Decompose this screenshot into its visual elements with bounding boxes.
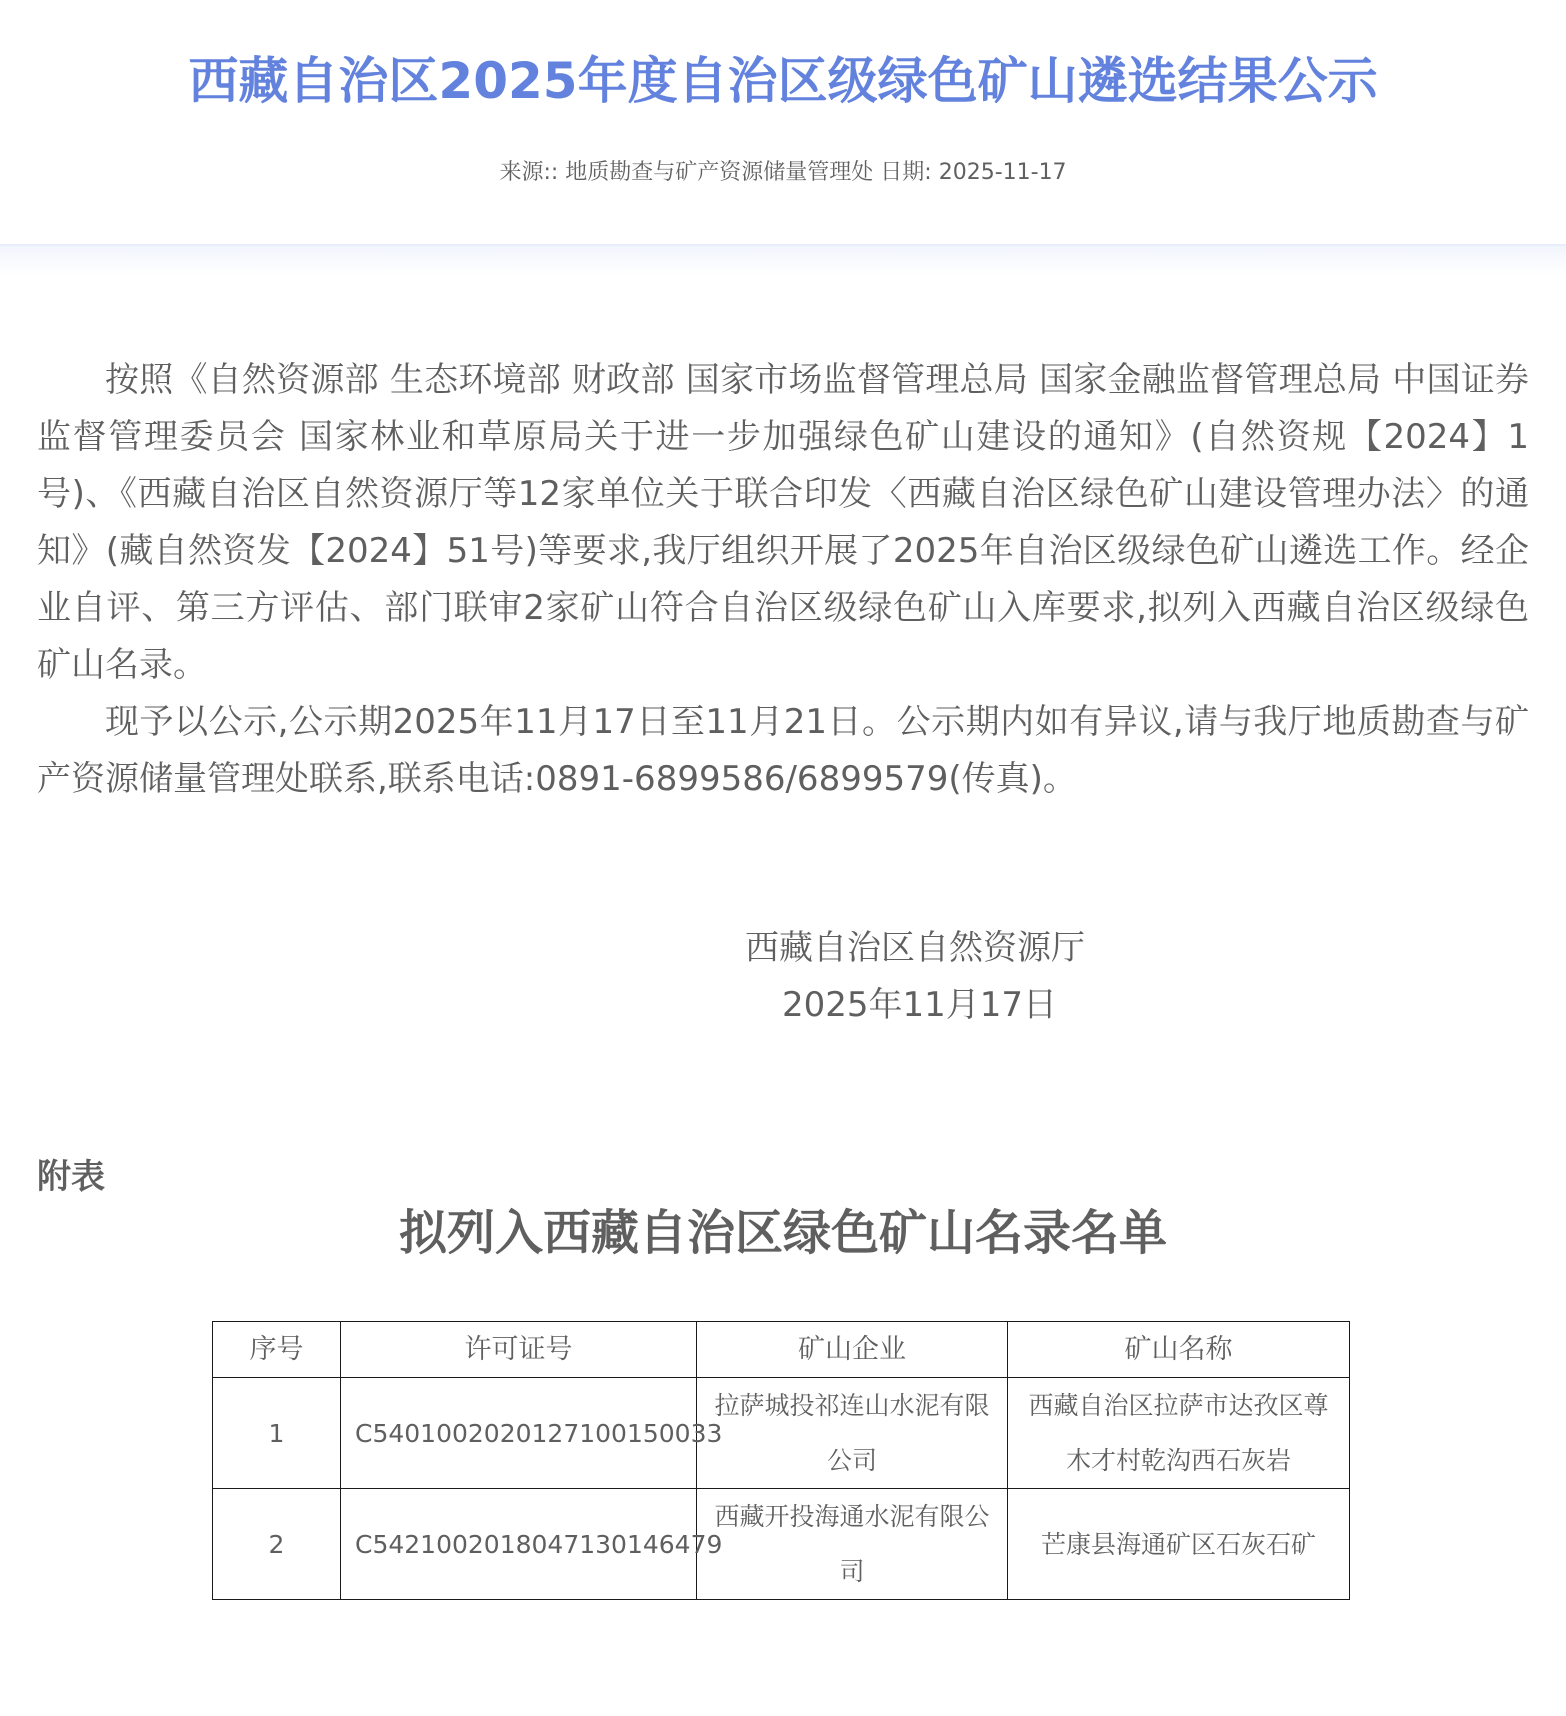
row-mine: 芒康县海通矿区石灰石矿 bbox=[1008, 1489, 1350, 1600]
row-company: 西藏开投海通水泥有限公司 bbox=[697, 1489, 1008, 1600]
row-index: 2 bbox=[213, 1489, 341, 1600]
row-permit: C5401002020127100150033 bbox=[341, 1378, 697, 1489]
signature-organization: 西藏自治区自然资源厅 bbox=[745, 920, 1085, 977]
date-label: 日期: bbox=[880, 160, 931, 185]
article-body: 按照《自然资源部 生态环境部 财政部 国家市场监督管理总局 国家金融监督管理总局… bbox=[37, 352, 1529, 808]
column-header-mine: 矿山名称 bbox=[1008, 1322, 1350, 1378]
table-row: 2 C5421002018047130146479 西藏开投海通水泥有限公司 芒… bbox=[213, 1489, 1350, 1600]
row-index: 1 bbox=[213, 1378, 341, 1489]
column-header-index: 序号 bbox=[213, 1322, 341, 1378]
page-title: 西藏自治区2025年度自治区级绿色矿山遴选结果公示 bbox=[0, 46, 1566, 116]
table-row: 1 C5401002020127100150033 拉萨城投祁连山水泥有限公司 … bbox=[213, 1378, 1350, 1489]
green-mine-table: 序号 许可证号 矿山企业 矿山名称 1 C5401002020127100150… bbox=[212, 1321, 1350, 1600]
date-value: 2025-11-17 bbox=[939, 160, 1067, 185]
article-meta: 来源:: 地质勘查与矿产资源储量管理处 日期: 2025-11-17 bbox=[0, 156, 1566, 190]
source-value: 地质勘查与矿产资源储量管理处 bbox=[565, 160, 873, 185]
body-paragraph: 现予以公示,公示期2025年11月17日至11月21日。公示期内如有异议,请与我… bbox=[37, 694, 1529, 808]
appendix-label: 附表 bbox=[37, 1152, 105, 1202]
row-mine: 西藏自治区拉萨市达孜区尊木才村乾沟西石灰岩 bbox=[1008, 1378, 1350, 1489]
row-permit: C5421002018047130146479 bbox=[341, 1489, 697, 1600]
body-paragraph: 按照《自然资源部 生态环境部 财政部 国家市场监督管理总局 国家金融监督管理总局… bbox=[37, 352, 1529, 694]
source-label: 来源:: bbox=[499, 160, 558, 185]
table-title: 拟列入西藏自治区绿色矿山名录名单 bbox=[0, 1198, 1566, 1268]
row-company: 拉萨城投祁连山水泥有限公司 bbox=[697, 1378, 1008, 1489]
table-header-row: 序号 许可证号 矿山企业 矿山名称 bbox=[213, 1322, 1350, 1378]
article-header: 西藏自治区2025年度自治区级绿色矿山遴选结果公示 来源:: 地质勘查与矿产资源… bbox=[0, 0, 1566, 246]
column-header-company: 矿山企业 bbox=[697, 1322, 1008, 1378]
header-divider bbox=[0, 244, 1566, 276]
column-header-permit: 许可证号 bbox=[341, 1322, 697, 1378]
signature-date: 2025年11月17日 bbox=[782, 977, 1057, 1034]
